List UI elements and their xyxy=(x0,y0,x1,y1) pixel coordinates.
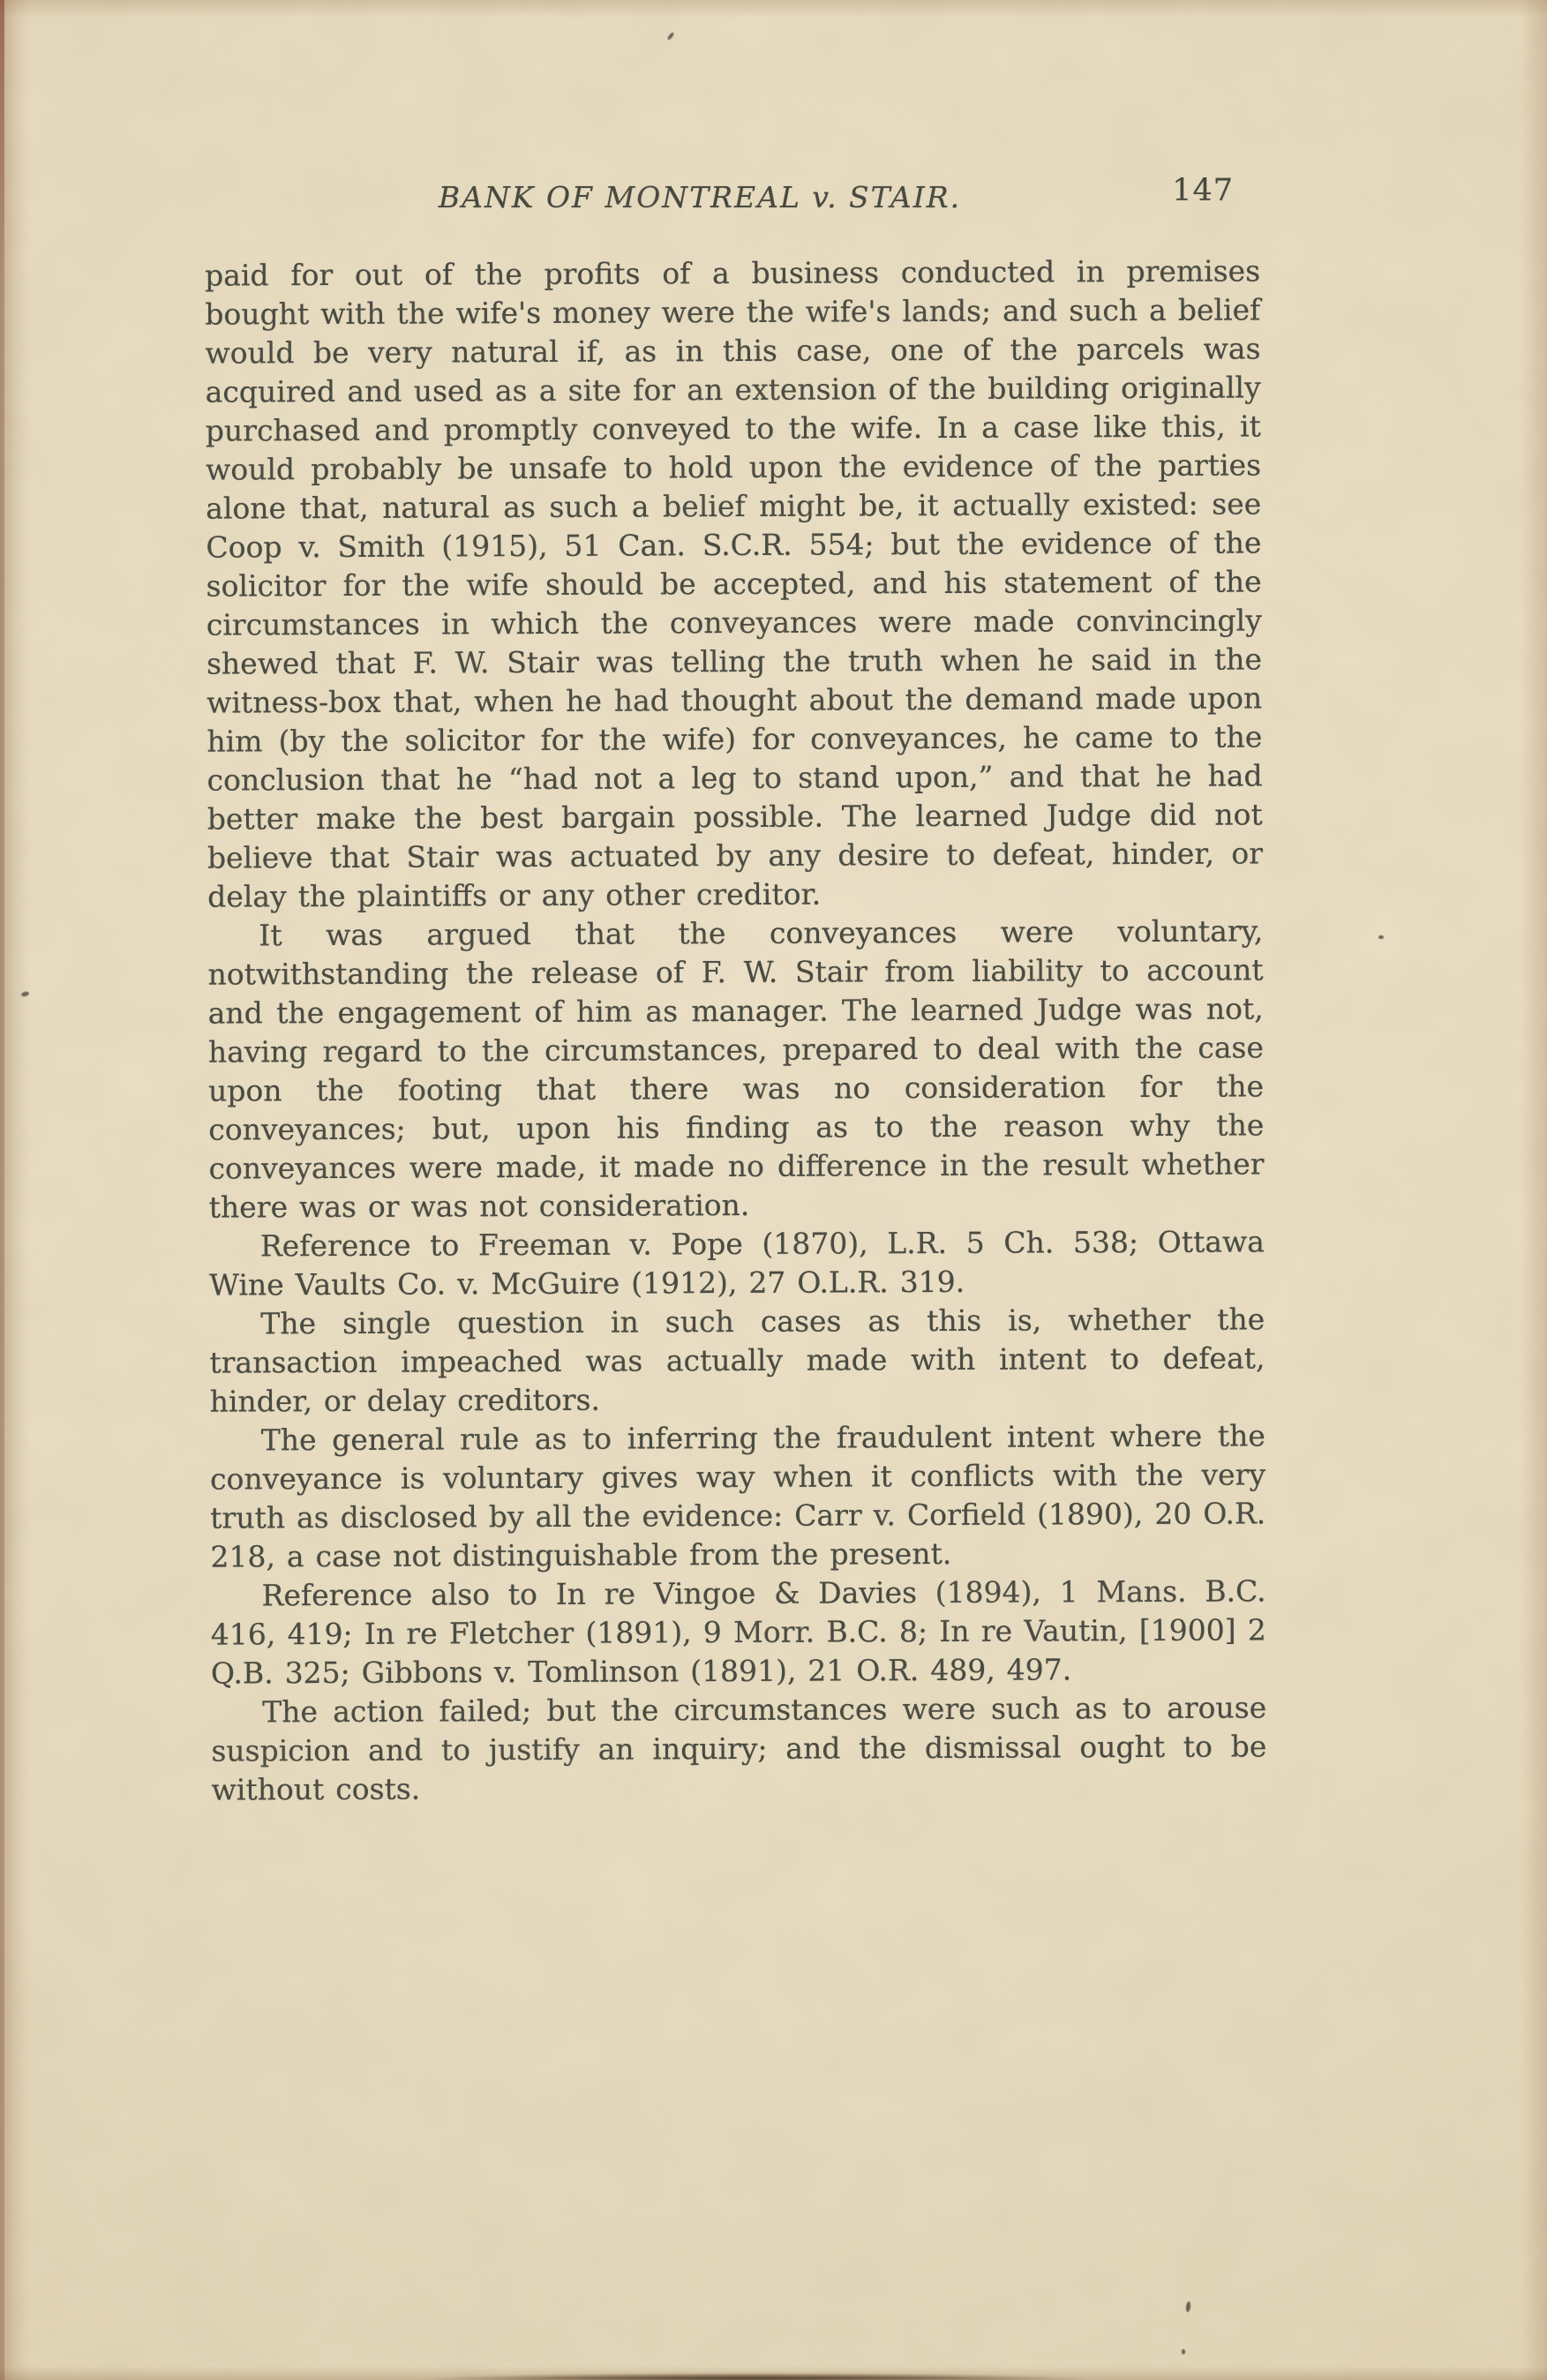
paper-speck xyxy=(21,991,30,997)
paper-speck xyxy=(1378,935,1384,939)
paragraph: It was argued that the conveyances were … xyxy=(207,912,1265,1227)
paper-speck xyxy=(1182,2349,1185,2354)
paragraph: The single question in such cases as thi… xyxy=(209,1300,1265,1421)
paragraph: The action failed; but the circumstances… xyxy=(211,1688,1267,1809)
page-edge-spine-line xyxy=(0,0,4,2380)
page-number: 147 xyxy=(1172,173,1234,208)
next-page-shadow xyxy=(415,2373,1094,2380)
book-page-scan: BANK OF MONTREAL v. STAIR. 147 paid for … xyxy=(0,0,1547,2380)
running-header: BANK OF MONTREAL v. STAIR. 147 xyxy=(205,173,1260,219)
page-edge-left xyxy=(0,0,30,2380)
paragraph: Reference to Freeman v. Pope (1870), L.R… xyxy=(209,1222,1265,1304)
paper-speck xyxy=(666,32,674,41)
paper-speck xyxy=(1185,2301,1191,2313)
paragraph: paid for out of the profits of a busines… xyxy=(205,252,1263,916)
paragraph: The general rule as to inferring the fra… xyxy=(210,1416,1266,1576)
running-header-title: BANK OF MONTREAL v. STAIR. xyxy=(205,180,1260,214)
paragraph: Reference also to In re Vingoe & Davies … xyxy=(211,1572,1267,1693)
body-text: paid for out of the profits of a busines… xyxy=(205,252,1267,1809)
page-edge-right xyxy=(1521,0,1547,2380)
page-edge-top xyxy=(0,0,1547,18)
